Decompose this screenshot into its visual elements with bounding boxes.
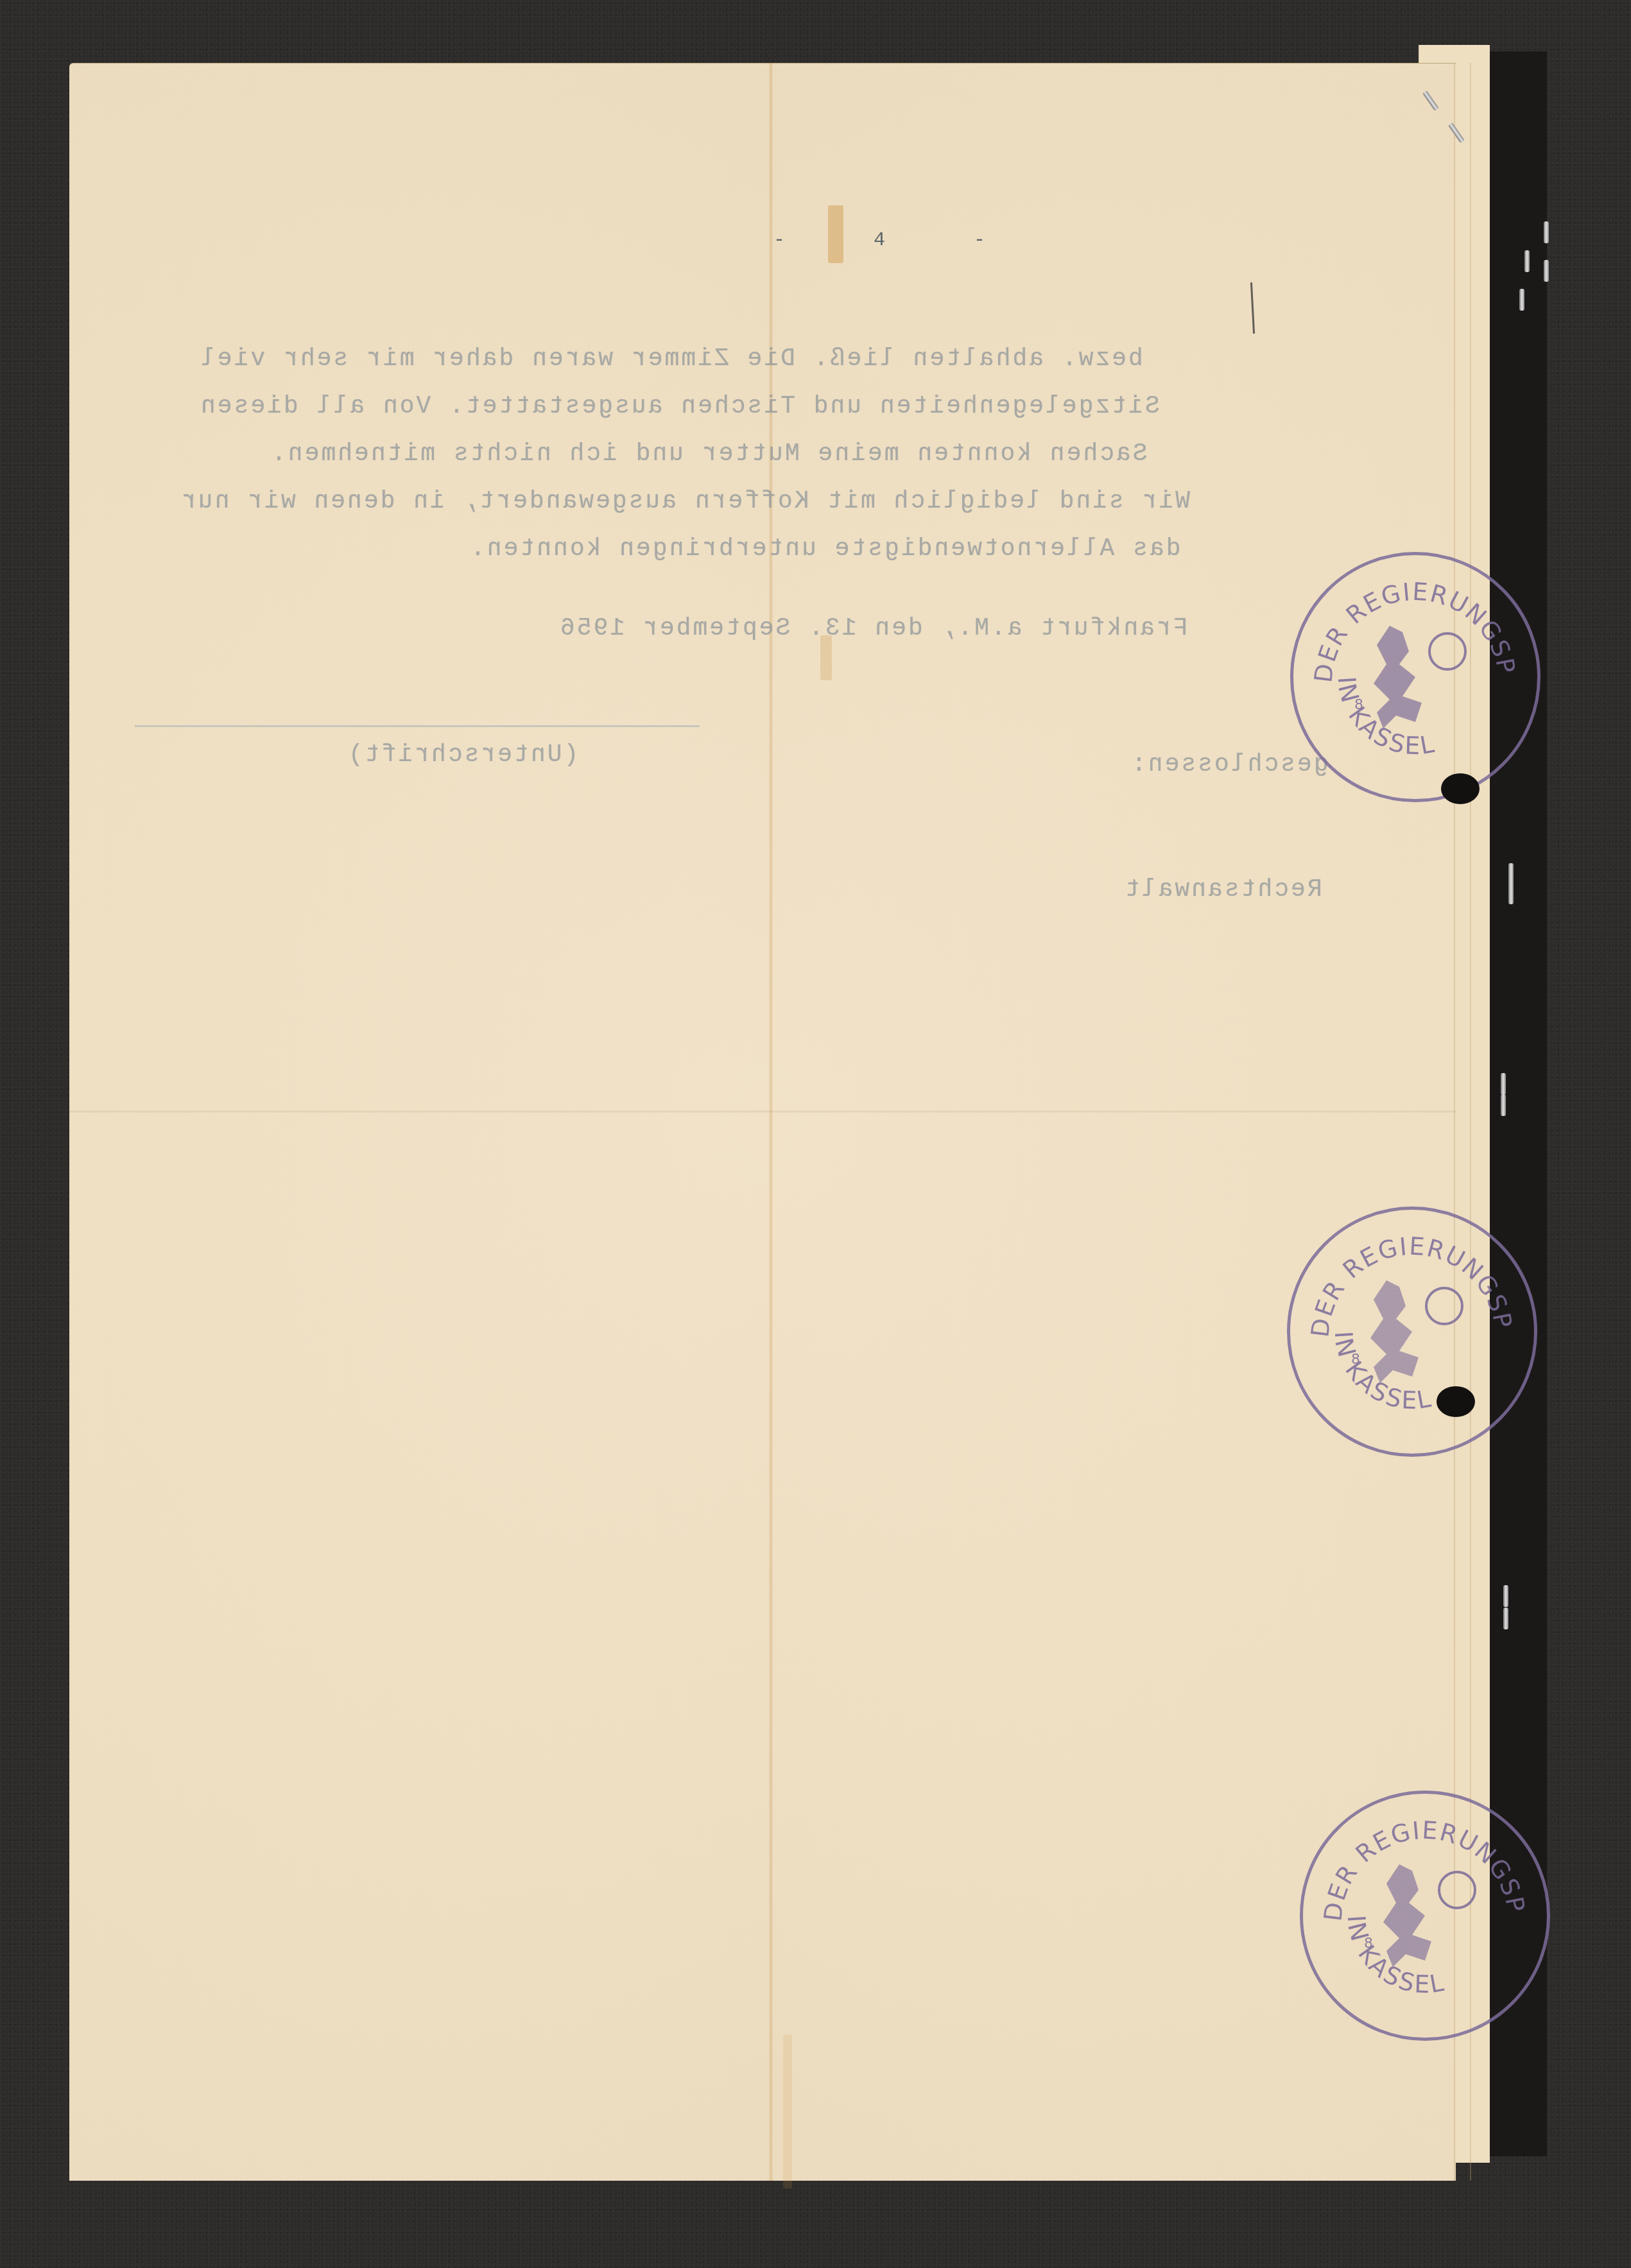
staple [1508,882,1514,904]
bleed-through-line: Sachen konnten meine Mutter und ich nich… [270,440,1148,468]
staple [1524,250,1530,272]
svg-text:8: 8 [1354,697,1363,713]
hessian-lion-icon: DER REGIERUNGSPRÄSIDENT IN KASSEL 8 [1303,1794,1547,2038]
tear-crease [783,2034,792,2188]
official-stamp-kassel: DER REGIERUNGSPRÄSIDENT IN KASSEL 8 [1300,1791,1550,2041]
vertical-fold-crease [769,63,773,2181]
bleed-through-line: Sitzgelegenheiten und Tischen ausgestatt… [199,393,1160,420]
bleed-through-line: Wir sind lediglich mit Koffern ausgewand… [180,488,1190,515]
staple [1501,1094,1506,1116]
bleed-through-line: bezw. abhalten ließ. Die Zimmer waren da… [199,345,1143,373]
staple [1503,1585,1508,1607]
official-stamp-kassel: DER REGIERUNGSPRÄSIDENT IN KASSEL 8 [1287,1207,1537,1457]
svg-text:DER REGIERUNGSPRÄSIDENT: DER REGIERUNGSPRÄSIDENT [1293,555,1521,684]
staple [1508,863,1514,885]
staple [1501,1073,1506,1095]
svg-text:DER REGIERUNGSPRÄSIDENT: DER REGIERUNGSPRÄSIDENT [1303,1794,1530,1923]
bleed-through-line: das Allernotwendigste unterbringen konnt… [469,535,1181,563]
signature-label: (Unterschrift) [347,741,578,769]
svg-text:8: 8 [1351,1352,1360,1368]
document-page [69,63,1456,2181]
hessian-lion-icon: DER REGIERUNGSPRÄSIDENT IN KASSEL 8 [1290,1210,1534,1454]
lawyer-label: Rechtsanwalt [1123,876,1322,904]
place-date-line: Frankfurt a.M., den 13. September 1956 [558,615,1188,642]
staple [1503,1608,1508,1629]
hessian-lion-icon: DER REGIERUNGSPRÄSIDENT IN KASSEL 8 [1293,555,1537,799]
official-stamp-kassel: DER REGIERUNGSPRÄSIDENT IN KASSEL 8 [1290,552,1540,802]
punch-hole [1441,773,1480,804]
svg-text:8: 8 [1364,1936,1373,1952]
staple [1544,260,1549,282]
page-number: - 4 - [773,230,1024,252]
svg-text:DER REGIERUNGSPRÄSIDENT: DER REGIERUNGSPRÄSIDENT [1290,1210,1517,1339]
horizontal-fold-crease [69,1110,1456,1113]
punch-hole [1437,1386,1475,1417]
staple [1519,289,1524,311]
signature-line [135,725,700,727]
staple [1544,221,1549,243]
